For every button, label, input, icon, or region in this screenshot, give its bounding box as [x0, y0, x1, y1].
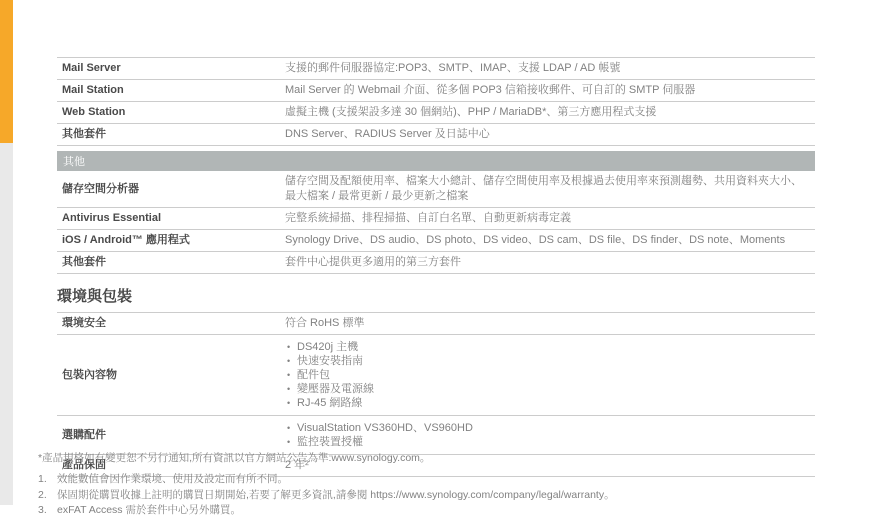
- row-label: Antivirus Essential: [57, 211, 285, 226]
- others-spec-table: 儲存空間分析器 儲存空間及配額使用率、檔案大小總計、儲存空間使用率及根據過去使用…: [57, 171, 815, 274]
- footnote-number: 1.: [38, 472, 57, 488]
- row-value: Mail Server 的 Webmail 介面、從多個 POP3 信箱接收郵件…: [285, 83, 815, 98]
- list-item: VisualStation VS360HD、VS960HD: [285, 421, 811, 435]
- page-edge-strip: [0, 143, 13, 505]
- footnote-text: 保固期從購買收據上註明的購買日期開始,若要了解更多資訊,請參閱 https://…: [57, 488, 828, 504]
- section-title-environment: 環境與包裝: [57, 288, 815, 306]
- footnote-disclaimer: *產品規格如有變更恕不另行通知,所有資訊以官方網站公告為準:www.synolo…: [38, 451, 828, 466]
- row-label: Mail Server: [57, 61, 285, 76]
- row-label: Web Station: [57, 105, 285, 120]
- table-row: Mail Server 支援的郵件伺服器協定:POP3、SMTP、IMAP、支援…: [57, 58, 815, 80]
- table-row: 選購配件 VisualStation VS360HD、VS960HD 監控裝置授…: [57, 416, 815, 455]
- orange-accent-bar: [0, 0, 13, 143]
- row-label: Mail Station: [57, 83, 285, 98]
- row-label: 包裝內容物: [57, 368, 285, 383]
- table-row: Antivirus Essential 完整系統掃描、排程掃描、自訂白名單、自動…: [57, 208, 815, 230]
- row-value: VisualStation VS360HD、VS960HD 監控裝置授權: [285, 419, 815, 451]
- table-row: 其他套件 套件中心提供更多適用的第三方套件: [57, 252, 815, 274]
- optional-accessories-list: VisualStation VS360HD、VS960HD 監控裝置授權: [285, 419, 811, 451]
- row-label: 儲存空間分析器: [57, 182, 285, 197]
- footnote-text: exFAT Access 需於套件中心另外購買。: [57, 503, 828, 519]
- row-value: 支援的郵件伺服器協定:POP3、SMTP、IMAP、支援 LDAP / AD 帳…: [285, 61, 815, 76]
- footnotes: *產品規格如有變更恕不另行通知,所有資訊以官方網站公告為準:www.synolo…: [38, 451, 828, 519]
- list-item: 快速安裝指南: [285, 354, 811, 368]
- table-row: Mail Station Mail Server 的 Webmail 介面、從多…: [57, 80, 815, 102]
- row-label: 選購配件: [57, 428, 285, 443]
- row-label: 其他套件: [57, 255, 285, 270]
- row-value: 虛擬主機 (支援架設多達 30 個網站)、PHP / MariaDB*、第三方應…: [285, 105, 815, 120]
- row-value: 完整系統掃描、排程掃描、自訂白名單、自動更新病毒定義: [285, 211, 815, 226]
- row-value: 儲存空間及配額使用率、檔案大小總計、儲存空間使用率及根據過去使用率來預測趨勢、共…: [285, 174, 815, 204]
- footnote-item: 2. 保固期從購買收據上註明的購買日期開始,若要了解更多資訊,請參閱 https…: [38, 488, 828, 504]
- table-row: 其他套件 DNS Server、RADIUS Server 及日誌中心: [57, 124, 815, 146]
- row-value: 套件中心提供更多適用的第三方套件: [285, 255, 815, 270]
- row-label: 環境安全: [57, 316, 285, 331]
- footnote-text: 效能數值會因作業環境、使用及設定而有所不同。: [57, 472, 828, 488]
- row-value: 符合 RoHS 標準: [285, 316, 815, 331]
- footnote-item: 1. 效能數值會因作業環境、使用及設定而有所不同。: [38, 472, 828, 488]
- footnote-item: 3. exFAT Access 需於套件中心另外購買。: [38, 503, 828, 519]
- table-row: 環境安全 符合 RoHS 標準: [57, 313, 815, 335]
- table-row: 包裝內容物 DS420j 主機 快速安裝指南 配件包 變壓器及電源線 RJ-45…: [57, 335, 815, 416]
- list-item: 變壓器及電源線: [285, 382, 811, 396]
- list-item: 配件包: [285, 368, 811, 382]
- row-value: DNS Server、RADIUS Server 及日誌中心: [285, 127, 815, 142]
- row-label: iOS / Android™ 應用程式: [57, 233, 285, 248]
- footnote-number: 2.: [38, 488, 57, 504]
- list-item: RJ-45 網路線: [285, 396, 811, 410]
- table-row: Web Station 虛擬主機 (支援架設多達 30 個網站)、PHP / M…: [57, 102, 815, 124]
- row-value: Synology Drive、DS audio、DS photo、DS vide…: [285, 233, 815, 248]
- row-value: DS420j 主機 快速安裝指南 配件包 變壓器及電源線 RJ-45 網路線: [285, 338, 815, 412]
- others-section-label: 其他: [57, 153, 85, 169]
- footnote-number: 3.: [38, 503, 57, 519]
- list-item: 監控裝置授權: [285, 435, 811, 449]
- packages-spec-table: Mail Server 支援的郵件伺服器協定:POP3、SMTP、IMAP、支援…: [57, 57, 815, 146]
- others-section-band: 其他: [57, 151, 815, 171]
- table-row: 儲存空間分析器 儲存空間及配額使用率、檔案大小總計、儲存空間使用率及根據過去使用…: [57, 171, 815, 208]
- datasheet-content: Mail Server 支援的郵件伺服器協定:POP3、SMTP、IMAP、支援…: [57, 57, 815, 477]
- row-label: 其他套件: [57, 127, 285, 142]
- list-item: DS420j 主機: [285, 340, 811, 354]
- package-contents-list: DS420j 主機 快速安裝指南 配件包 變壓器及電源線 RJ-45 網路線: [285, 338, 811, 412]
- table-row: iOS / Android™ 應用程式 Synology Drive、DS au…: [57, 230, 815, 252]
